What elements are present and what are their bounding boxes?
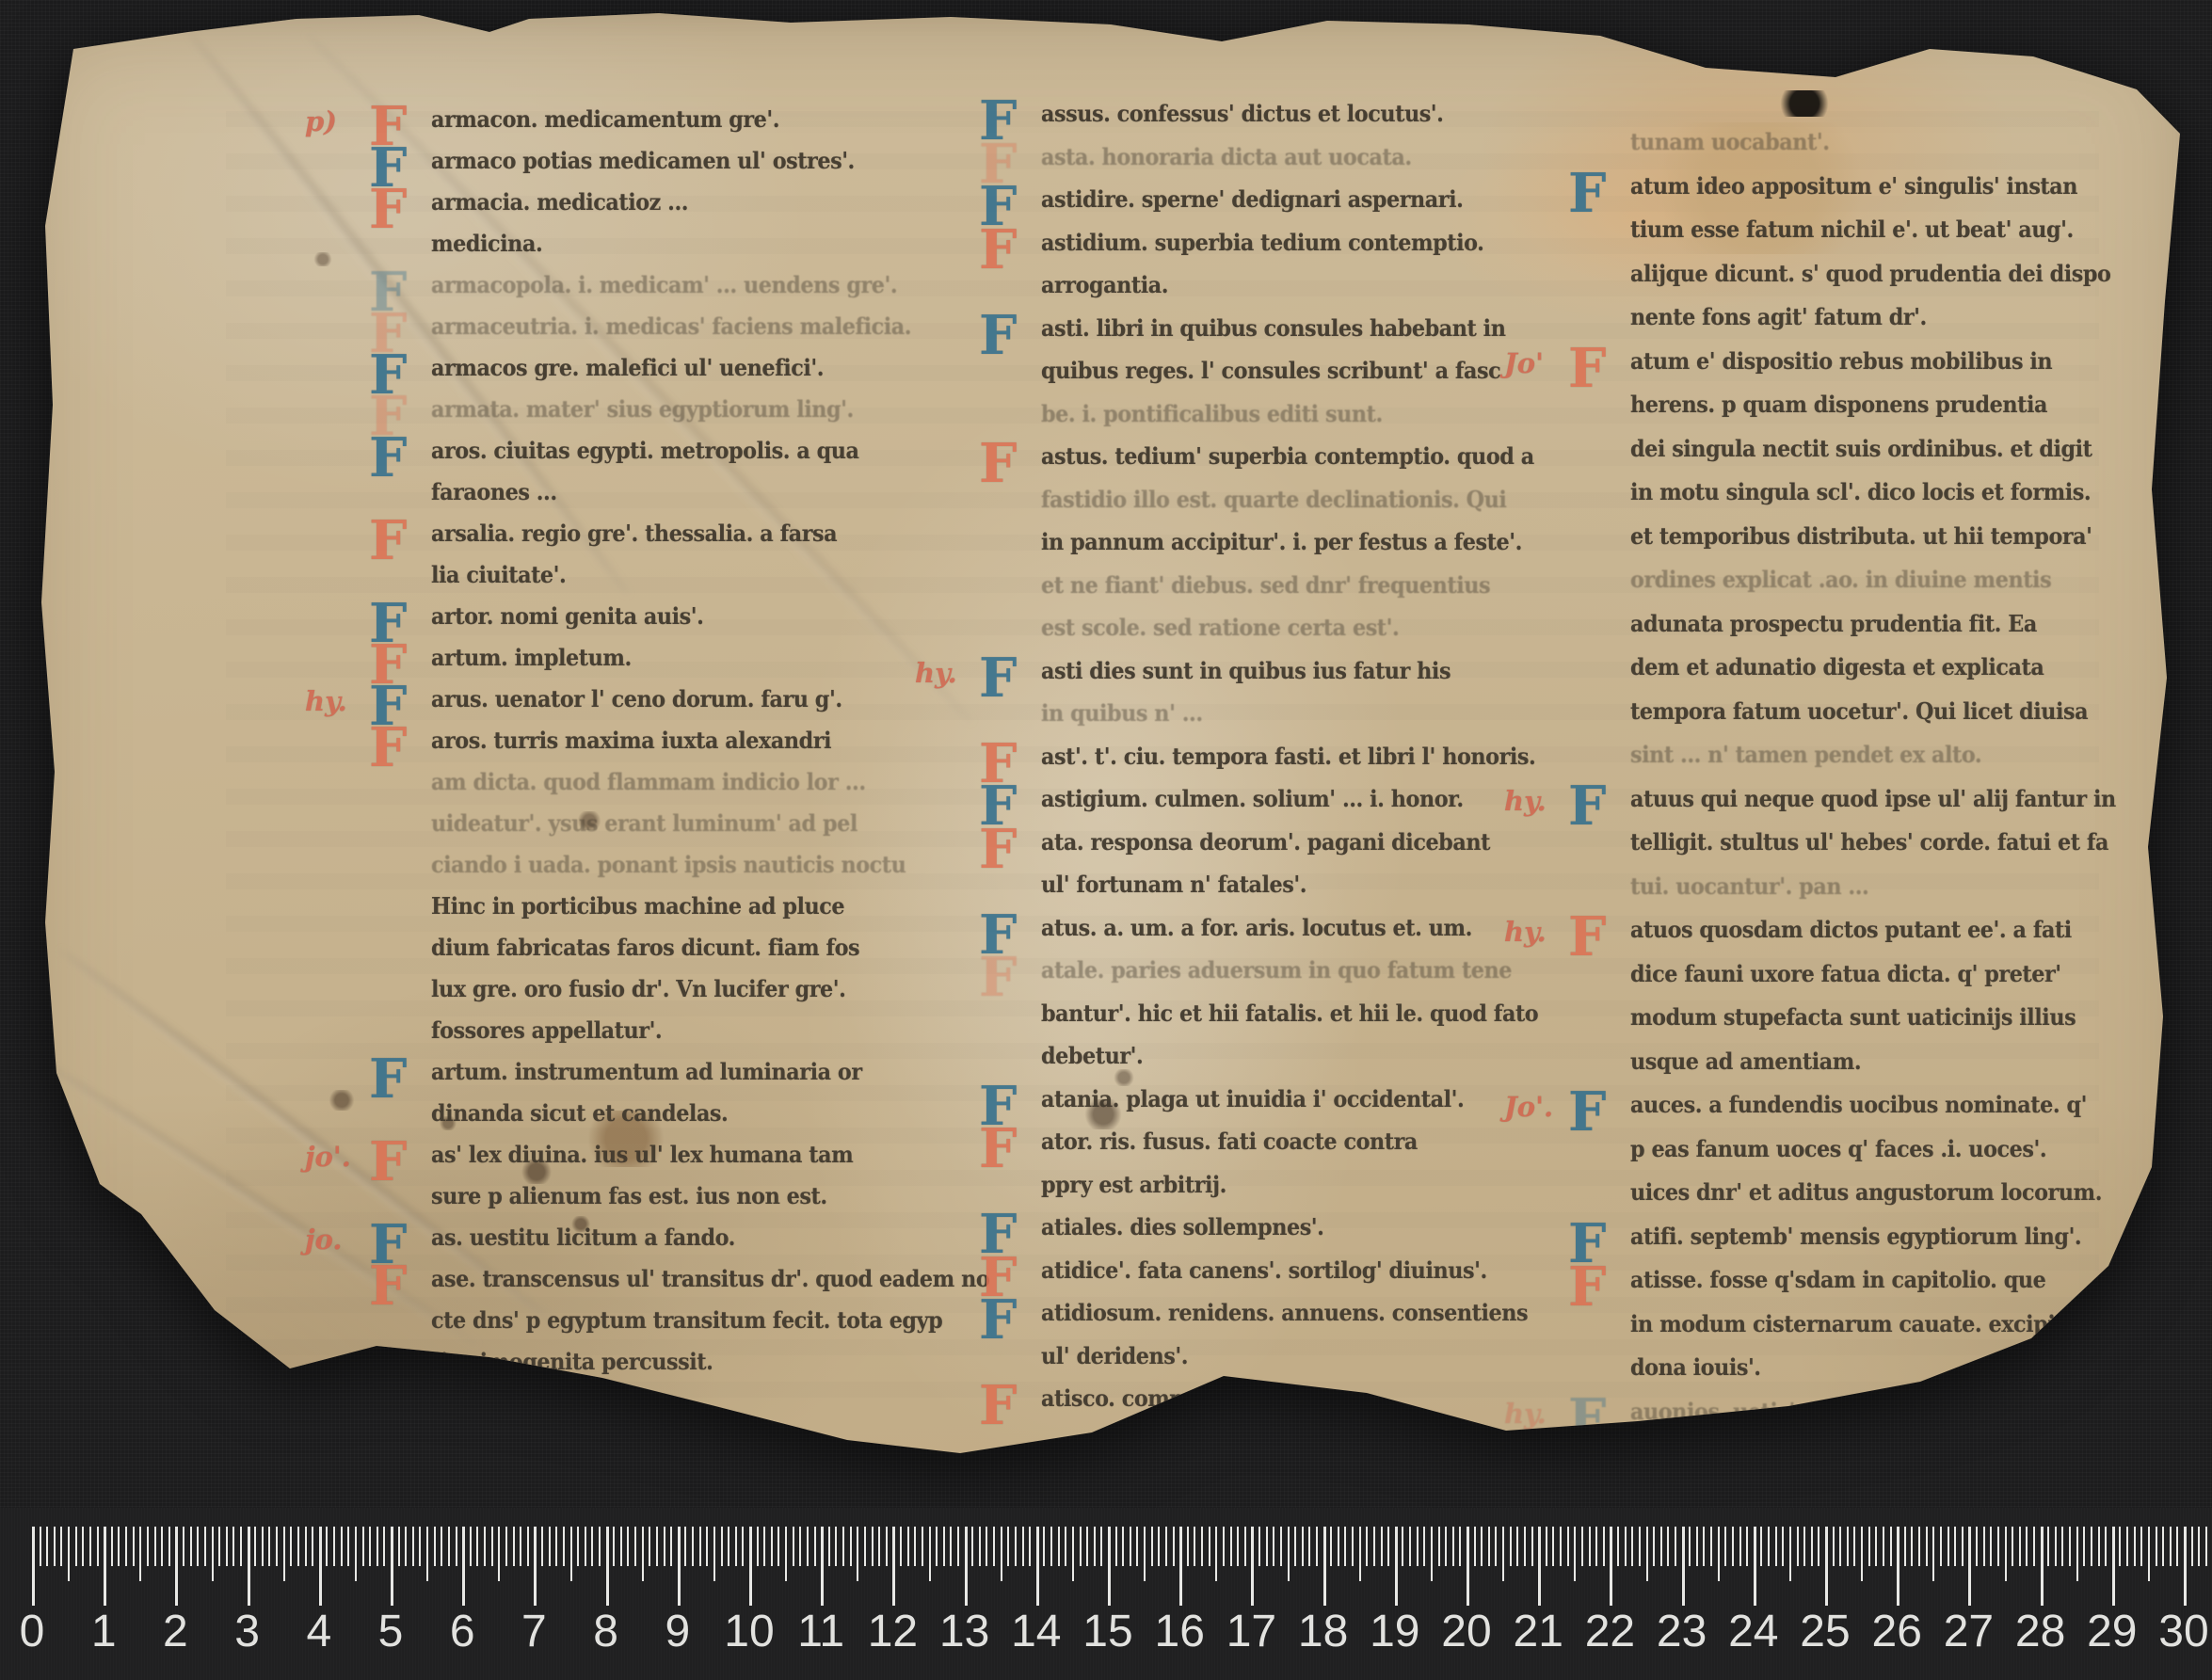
ruler-tick xyxy=(706,1527,708,1566)
ruler-tick xyxy=(1718,1527,1720,1581)
ruler-tick xyxy=(104,1527,106,1606)
entry-line: Fatifi. septemb' mensis egyptiorum ling'… xyxy=(1630,1223,2063,1267)
ruler-tick xyxy=(1983,1527,1985,1566)
entry-initial: F xyxy=(369,183,407,236)
ruler-tick xyxy=(82,1527,84,1566)
ruler-tick xyxy=(749,1527,752,1606)
entry-line: tempora fatum uocetur'. Qui licet diuisa xyxy=(1630,697,2063,742)
entry-text: cte dns' p egyptum transitum fecit. tota… xyxy=(431,1306,942,1334)
entry-text: et temporibus distributa. ut hii tempora… xyxy=(1630,522,2092,550)
entry-text: in quibus n' ... xyxy=(1041,699,1203,727)
entry-line: ordines explicat .ao. in diuine mentis xyxy=(1630,566,2063,610)
entry-text: nente fons agit' fatum dr'. xyxy=(1630,303,1927,330)
entry-initial: F xyxy=(369,1135,407,1189)
entry-initial: F xyxy=(369,638,407,692)
entry-text: atania. plaga ut inuidia i' occidental'. xyxy=(1041,1085,1464,1112)
ruler-tick xyxy=(1732,1527,1734,1566)
crease-line xyxy=(301,28,978,728)
ruler-tick xyxy=(2061,1527,2063,1566)
margin-mark: hy. xyxy=(1504,785,1547,817)
entry-text: armata. mater' sius egyptiorum ling'. xyxy=(431,395,854,423)
ruler-tick xyxy=(1344,1527,1346,1566)
ruler-tick xyxy=(2019,1527,2021,1566)
ruler-tick xyxy=(534,1527,537,1606)
margin-mark: Jo' xyxy=(1504,347,1544,379)
ruler-tick xyxy=(419,1527,421,1566)
entry-line: ti primogenita percussit. xyxy=(431,1348,874,1389)
entry-line: sint ... n' tamen pendet ex alto. xyxy=(1630,741,2063,785)
ruler-tick xyxy=(1897,1527,1899,1606)
entry-line: in motu singula scl'. dico locis et form… xyxy=(1630,478,2063,522)
ruler-tick xyxy=(1510,1527,1512,1566)
ruler-tick xyxy=(2083,1527,2085,1566)
entry-line: in pannum accipitur'. i. per festus a fe… xyxy=(1041,528,1446,571)
entry-text: atum ideo appositum e' singulis' instan xyxy=(1630,172,2077,200)
entry-text: asti. libri in quibus consules habebant … xyxy=(1041,314,1505,342)
ruler-tick xyxy=(520,1527,521,1566)
ruler-tick xyxy=(1029,1527,1031,1566)
ruler-tick xyxy=(1431,1527,1433,1581)
ruler-tick xyxy=(1387,1527,1389,1566)
ruler-tick xyxy=(1631,1527,1633,1566)
ruler-tick xyxy=(1043,1527,1045,1566)
ruler-tick xyxy=(634,1527,636,1566)
ruler-tick xyxy=(1065,1527,1066,1566)
ruler-tick xyxy=(362,1527,364,1566)
entry-text: dona iouis'. xyxy=(1630,1353,1761,1381)
entry-text: tium esse fatum nichil e'. ut beat' aug'… xyxy=(1630,216,2074,243)
ruler-tick xyxy=(197,1527,199,1566)
ruler-tick xyxy=(979,1527,981,1566)
entry-initial: F xyxy=(979,1293,1017,1347)
ruler-tick xyxy=(1086,1527,1088,1566)
entry-text: ti primogenita percussit. xyxy=(431,1348,713,1375)
entry-line: telligit. stultus ul' hebes' corde. fatu… xyxy=(1630,828,2063,872)
entry-text: arsalia. regio gre'. thessalia. a farsa xyxy=(431,520,837,547)
entry-line: jo'.Fas' lex diuina. ius ul' lex humana … xyxy=(431,1141,874,1182)
ruler-tick xyxy=(929,1527,931,1581)
entry-text: usque ad amentiam. xyxy=(1630,1048,1861,1075)
ruler-tick xyxy=(297,1527,299,1566)
entry-text: aros. ciuitas egypti. metropolis. a qua xyxy=(431,437,859,464)
ruler-tick xyxy=(1839,1527,1841,1566)
ruler-tick xyxy=(821,1527,824,1606)
ruler-tick xyxy=(1739,1527,1741,1566)
ruler-tick xyxy=(1567,1527,1569,1566)
entry-line: Faros. ciuitas egypti. metropolis. a qua xyxy=(431,437,874,478)
ruler-tick xyxy=(642,1527,644,1581)
ruler-tick xyxy=(1516,1527,1518,1566)
ruler-tick xyxy=(498,1527,500,1581)
entry-initial: F xyxy=(979,951,1017,1004)
entry-line: Fastigium. culmen. solium' ... i. honor. xyxy=(1041,785,1446,828)
entry-text: tui. uocantur'. pan ... xyxy=(1630,872,1868,900)
entry-text: dinanda sicut et candelas. xyxy=(431,1099,728,1127)
ruler-tick xyxy=(799,1527,801,1566)
ruler-tick xyxy=(1417,1527,1419,1566)
entry-line: hy.Fauonios. uetis' uocab ... xyxy=(1630,1398,2063,1442)
ruler-tick xyxy=(60,1527,62,1566)
ruler-tick xyxy=(2156,1527,2157,1566)
crease-line xyxy=(56,946,558,1327)
ruler-tick xyxy=(835,1527,837,1566)
ruler-tick xyxy=(1724,1527,1726,1566)
ruler-tick xyxy=(807,1527,809,1566)
ruler-tick xyxy=(2126,1527,2128,1566)
entry-initial: F xyxy=(979,309,1017,362)
entry-line: hy.Fatuos quosdam dictos putant ee'. a f… xyxy=(1630,916,2063,960)
entry-initial: F xyxy=(369,1218,407,1272)
ruler-number: 10 xyxy=(724,1606,774,1657)
ruler-tick xyxy=(1803,1527,1805,1566)
entry-text: dei singula nectit suis ordinibus. et di… xyxy=(1630,435,2092,462)
entry-line: Farmacos gre. malefici ul' uenefici'. xyxy=(431,354,874,395)
ruler-tick xyxy=(2005,1527,2007,1581)
ruler-tick xyxy=(125,1527,127,1566)
entry-text: arus. uenator l' ceno dorum. faru g'. xyxy=(431,685,842,712)
entry-text: p eas fanum uoces q' faces .i. uoces'. xyxy=(1630,1135,2046,1162)
ruler-tick xyxy=(268,1527,270,1566)
entry-line: Fastus. tedium' superbia contemptio. quo… xyxy=(1041,442,1446,486)
entry-initial: F xyxy=(1568,1260,1606,1314)
margin-mark: hy. xyxy=(1504,1398,1547,1430)
ruler-tick xyxy=(1251,1527,1254,1606)
ruler-tick xyxy=(842,1527,844,1566)
entry-line: Fatisse. fosse q'sdam in capitolio. que xyxy=(1630,1266,2063,1310)
entry-text: ast'. t'. ciu. tempora fasti. et libri l… xyxy=(1041,743,1535,770)
ruler-tick xyxy=(763,1527,765,1566)
entry-line: hy.Fasti dies sunt in quibus ius fatur h… xyxy=(1041,657,1446,700)
ruler-tick xyxy=(1911,1527,1913,1566)
entry-initial: F xyxy=(369,680,407,733)
entry-line: Fasta. honoraria dicta aut uocata. xyxy=(1041,143,1446,186)
ruler-tick xyxy=(212,1527,214,1581)
entry-initial: F xyxy=(1568,1085,1606,1139)
ruler-tick xyxy=(183,1527,184,1566)
ruler-number: 15 xyxy=(1082,1606,1132,1657)
entry-text: atisco. componitur' ab hisco. ... xyxy=(1041,1384,1395,1412)
entry-line: sure p alienum fas est. ius non est. xyxy=(431,1182,874,1224)
ruler-number: 20 xyxy=(1441,1606,1491,1657)
ruler-tick xyxy=(2170,1527,2172,1566)
ruler-number: 3 xyxy=(234,1606,260,1657)
entry-line: in quibus n' ... xyxy=(1041,699,1446,743)
entry-line: Fator. ris. fusus. fati coacte contra xyxy=(1041,1128,1446,1171)
ruler-tick xyxy=(1223,1527,1225,1566)
ruler-tick xyxy=(1158,1527,1160,1566)
ruler-tick xyxy=(305,1527,307,1566)
entry-text: arrogantia. xyxy=(1041,271,1168,298)
ruler-tick xyxy=(97,1527,99,1566)
ruler-tick xyxy=(1094,1527,1096,1566)
entry-text: telligit. stultus ul' hebes' corde. fatu… xyxy=(1630,828,2108,856)
entry-text: ase. transcensus ul' transitus dr'. quod… xyxy=(431,1265,989,1292)
ruler-tick xyxy=(1883,1527,1884,1566)
entry-text: faraones ... xyxy=(431,478,557,505)
ruler-tick xyxy=(857,1527,858,1581)
ruler-tick xyxy=(692,1527,694,1566)
entry-line: Jo'Fatum e' dispositio rebus mobilibus i… xyxy=(1630,347,2063,392)
ruler-tick xyxy=(971,1527,973,1566)
ruler-tick xyxy=(892,1527,895,1606)
ruler-tick xyxy=(1402,1527,1403,1566)
entry-initial: F xyxy=(979,1251,1017,1304)
ruler-tick xyxy=(232,1527,234,1566)
ruler-tick xyxy=(2033,1527,2035,1566)
ruler-tick xyxy=(793,1527,794,1566)
ruler-tick xyxy=(2205,1527,2207,1566)
ruler-tick xyxy=(1381,1527,1383,1566)
text-column-2: Fassus. confessus' dictus et locutus'.Fa… xyxy=(1041,100,1446,1428)
ruler-number: 29 xyxy=(2087,1606,2137,1657)
entry-text: artum. instrumentum ad luminaria or xyxy=(431,1058,862,1085)
ruler-tick xyxy=(383,1527,385,1566)
entry-line: Farmaco potias medicamen ul' ostres'. xyxy=(431,147,874,188)
ruler-tick xyxy=(1833,1527,1835,1566)
entry-text: atisse. fosse q'sdam in capitolio. que xyxy=(1630,1266,2045,1293)
entry-text: atuos quosdam dictos putant ee'. a fati xyxy=(1630,916,2072,943)
ruler-tick xyxy=(1625,1527,1627,1566)
ruler-tick xyxy=(814,1527,816,1566)
ruler-number: 13 xyxy=(939,1606,989,1657)
ruler-tick xyxy=(1072,1527,1074,1581)
entry-initial: F xyxy=(979,180,1017,233)
ruler-tick xyxy=(1080,1527,1082,1566)
entry-line: arrogantia. xyxy=(1041,271,1446,314)
ruler-tick xyxy=(1273,1527,1274,1566)
ruler-tick xyxy=(1703,1527,1705,1566)
entry-line: et ne fiant' diebus. sed dnr' frequentiu… xyxy=(1041,571,1446,615)
entry-text: ciando i uada. ponant ipsis nauticis noc… xyxy=(431,851,906,878)
ruler-tick xyxy=(1653,1527,1655,1566)
ruler-tick xyxy=(1467,1527,1469,1606)
ruler-number: 12 xyxy=(868,1606,918,1657)
ruler-number: 11 xyxy=(797,1606,844,1657)
manuscript-photograph: p)Farmacon. medicamentum gre'.Farmaco po… xyxy=(0,0,2212,1680)
entry-line: am dicta. quod flammam indicio lor ... xyxy=(431,768,874,809)
ruler-tick xyxy=(2069,1527,2071,1566)
entry-line: Fartum. impletum. xyxy=(431,644,874,685)
ruler-tick xyxy=(1481,1527,1483,1566)
ruler-tick xyxy=(721,1527,723,1566)
margin-mark: hy. xyxy=(305,685,347,717)
entry-initial: F xyxy=(1568,910,1606,964)
ruler-tick xyxy=(1660,1527,1662,1566)
entry-text: est scole. sed ratione certa est'. xyxy=(1041,614,1399,641)
ruler-tick xyxy=(405,1527,407,1566)
entry-line: Fata. responsa deorum'. pagani dicebant xyxy=(1041,828,1446,872)
entry-text: ata. responsa deorum'. pagani dicebant xyxy=(1041,828,1490,856)
ruler-tick xyxy=(1760,1527,1762,1566)
entry-line: Fatiales. dies sollempnes'. xyxy=(1041,1213,1446,1256)
entry-text: in modum cisternarum cauate. excipiebant… xyxy=(1630,1310,2125,1337)
ruler-tick xyxy=(54,1527,56,1566)
entry-initial: F xyxy=(979,437,1017,490)
ruler-tick xyxy=(1948,1527,1949,1566)
entry-text: in pannum accipitur'. i. per festus a fe… xyxy=(1041,528,1522,555)
ruler-tick xyxy=(1100,1527,1102,1566)
ruler-tick xyxy=(585,1527,586,1566)
ruler-tick xyxy=(154,1527,156,1566)
entry-text: sint ... n' tamen pendet ex alto. xyxy=(1630,741,1981,768)
ruler-number: 21 xyxy=(1513,1606,1563,1657)
ruler-tick xyxy=(1359,1527,1361,1581)
entry-text: asta. honoraria dicta aut uocata. xyxy=(1041,143,1412,170)
entry-line: dei singula nectit suis ordinibus. et di… xyxy=(1630,435,2063,479)
entry-initial: F xyxy=(1568,1392,1606,1446)
ruler-tick xyxy=(1058,1527,1060,1566)
ruler-number: 30 xyxy=(2158,1606,2208,1657)
ruler-tick xyxy=(1022,1527,1024,1566)
ruler-tick xyxy=(1194,1527,1195,1566)
ruler-tick xyxy=(1373,1527,1375,1566)
entry-line: Fast'. t'. ciu. tempora fasti. et libri … xyxy=(1041,743,1446,786)
margin-mark: p) xyxy=(305,105,337,137)
ruler-tick xyxy=(505,1527,507,1566)
entry-text: astidium. superbia tedium contemptio. xyxy=(1041,229,1483,256)
ruler-number: 14 xyxy=(1011,1606,1061,1657)
ruler-tick xyxy=(2140,1527,2142,1566)
ruler-tick xyxy=(771,1527,773,1566)
ruler-tick xyxy=(1015,1527,1017,1566)
ruler-tick xyxy=(1352,1527,1354,1566)
ruler-tick xyxy=(2076,1527,2078,1581)
entry-line: tunam uocabant'. xyxy=(1630,128,2063,172)
ruler-tick xyxy=(1825,1527,1828,1606)
ruler-tick xyxy=(864,1527,866,1566)
entry-text: quibus reges. l' consules scribunt' a fa… xyxy=(1041,357,1500,384)
entry-line: Fatidiosum. renidens. annuens. consentie… xyxy=(1041,1299,1446,1342)
entry-line: nente fons agit' fatum dr'. xyxy=(1630,303,2063,347)
entry-initial: F xyxy=(979,94,1017,148)
ruler-tick xyxy=(1710,1527,1712,1566)
entry-text: auonios. uetis' uocab ... xyxy=(1630,1398,1898,1425)
ruler-tick xyxy=(161,1527,163,1566)
entry-line: Fatania. plaga ut inuidia i' occidental'… xyxy=(1041,1085,1446,1128)
ruler-number: 25 xyxy=(1800,1606,1850,1657)
ruler-tick xyxy=(1474,1527,1476,1566)
ruler-tick xyxy=(1173,1527,1175,1566)
ruler-number: 0 xyxy=(20,1606,45,1657)
ruler-tick xyxy=(1323,1527,1326,1606)
ruler-tick xyxy=(2184,1527,2187,1606)
entry-text: medicina. xyxy=(431,230,542,257)
ruler-number: 18 xyxy=(1298,1606,1348,1657)
entry-line: Fassus. confessus' dictus et locutus'. xyxy=(1041,100,1446,143)
ruler-tick xyxy=(549,1527,551,1566)
entry-text: bantur'. hic et hii fatalis. et hii le. … xyxy=(1041,1000,1538,1027)
ruler-tick xyxy=(922,1527,923,1566)
entry-initial: F xyxy=(369,1052,407,1106)
ruler-tick xyxy=(563,1527,565,1566)
ruler-tick xyxy=(878,1527,880,1566)
margin-mark: hy. xyxy=(915,657,957,689)
entry-line: in modum cisternarum cauate. excipiebant… xyxy=(1630,1310,2063,1354)
ruler-tick xyxy=(742,1527,744,1566)
ruler-tick xyxy=(2026,1527,2028,1566)
ruler-tick xyxy=(1667,1527,1669,1566)
ruler-tick xyxy=(68,1527,70,1581)
ruler-tick xyxy=(1768,1527,1770,1566)
ruler-tick xyxy=(1452,1527,1454,1566)
entry-text: lia ciuitate'. xyxy=(431,561,566,588)
entry-initial: F xyxy=(979,779,1017,833)
entry-line: dice fauni uxore fatua dicta. q' preter' xyxy=(1630,960,2063,1004)
entry-text: as' lex diuina. ius ul' lex humana tam xyxy=(431,1141,853,1168)
entry-line: lia ciuitate'. xyxy=(431,561,874,602)
ruler-tick xyxy=(118,1527,120,1566)
entry-text: artum. impletum. xyxy=(431,644,632,671)
entry-line: herens. p quam disponens prudentia xyxy=(1630,391,2063,435)
entry-line: dona iouis'. xyxy=(1630,1353,2063,1398)
ruler-tick xyxy=(1754,1527,1756,1606)
ruler-tick xyxy=(1940,1527,1942,1566)
entry-line: Fatus. a. um. a for. aris. locutus et. u… xyxy=(1041,914,1446,957)
entry-line: p)Farmacon. medicamentum gre'. xyxy=(431,105,874,147)
ruler-tick xyxy=(1316,1527,1318,1566)
ruler-tick xyxy=(728,1527,729,1566)
ruler-tick xyxy=(2055,1527,2057,1566)
ruler-tick xyxy=(1617,1527,1619,1566)
ruler-number: 28 xyxy=(2015,1606,2065,1657)
ruler-number: 26 xyxy=(1871,1606,1921,1657)
entry-text: ordines explicat .ao. in diuine mentis xyxy=(1630,566,2051,593)
ruler-tick xyxy=(2012,1527,2013,1566)
ruler-tick xyxy=(1165,1527,1167,1566)
ruler-tick xyxy=(684,1527,686,1566)
entry-text: ul' deridens'. xyxy=(1041,1342,1188,1369)
ruler-tick xyxy=(907,1527,909,1566)
entry-text: atus. a. um. a for. aris. locutus et. um… xyxy=(1041,914,1472,941)
ruler-tick xyxy=(32,1527,35,1606)
entry-line: Fartor. nomi genita auis'. xyxy=(431,602,874,644)
entry-text: atidice'. fata canens'. sortilog' diuinu… xyxy=(1041,1256,1487,1284)
ruler-tick xyxy=(218,1527,220,1566)
entry-line: bantur'. hic et hii fatalis. et hii le. … xyxy=(1041,1000,1446,1043)
margin-mark: hy. xyxy=(1504,916,1547,948)
ruler-tick xyxy=(254,1527,256,1566)
ruler-tick xyxy=(1689,1527,1691,1566)
ruler-tick xyxy=(1409,1527,1411,1566)
ruler-tick xyxy=(1746,1527,1748,1566)
ruler-tick xyxy=(965,1527,968,1606)
ruler-tick xyxy=(1050,1527,1052,1566)
ruler-tick xyxy=(1524,1527,1526,1566)
entry-text: debetur'. xyxy=(1041,1042,1143,1069)
ruler-tick xyxy=(1108,1527,1111,1606)
ruler-tick xyxy=(1853,1527,1855,1566)
entry-line: usque ad amentiam. xyxy=(1630,1048,2063,1092)
ruler-tick xyxy=(1001,1527,1002,1581)
ruler-tick xyxy=(190,1527,192,1566)
ruler-number: 4 xyxy=(306,1606,331,1657)
entry-line: Jo'.Fauces. a fundendis uocibus nominate… xyxy=(1630,1091,2063,1135)
entry-text: assus. confessus' dictus et locutus'. xyxy=(1041,100,1443,127)
ruler-tick xyxy=(2091,1527,2092,1566)
entry-text: ator. ris. fusus. fati coacte contra xyxy=(1041,1128,1418,1155)
ruler-tick xyxy=(613,1527,615,1566)
parchment-surface: p)Farmacon. medicamentum gre'.Farmaco po… xyxy=(0,0,2212,1680)
ruler-number: 9 xyxy=(665,1606,690,1657)
stain-spots xyxy=(0,0,2212,1680)
entry-line: et temporibus distributa. ut hii tempora… xyxy=(1630,522,2063,567)
ruler-tick xyxy=(670,1527,672,1566)
ruler-number: 6 xyxy=(450,1606,475,1657)
entry-text: aros. turris maxima iuxta alexandri xyxy=(431,727,831,754)
ruler-tick xyxy=(1875,1527,1877,1566)
entry-line: Farmacopola. i. medicam' ... uendens gre… xyxy=(431,271,874,312)
ruler-tick xyxy=(1962,1527,1964,1566)
